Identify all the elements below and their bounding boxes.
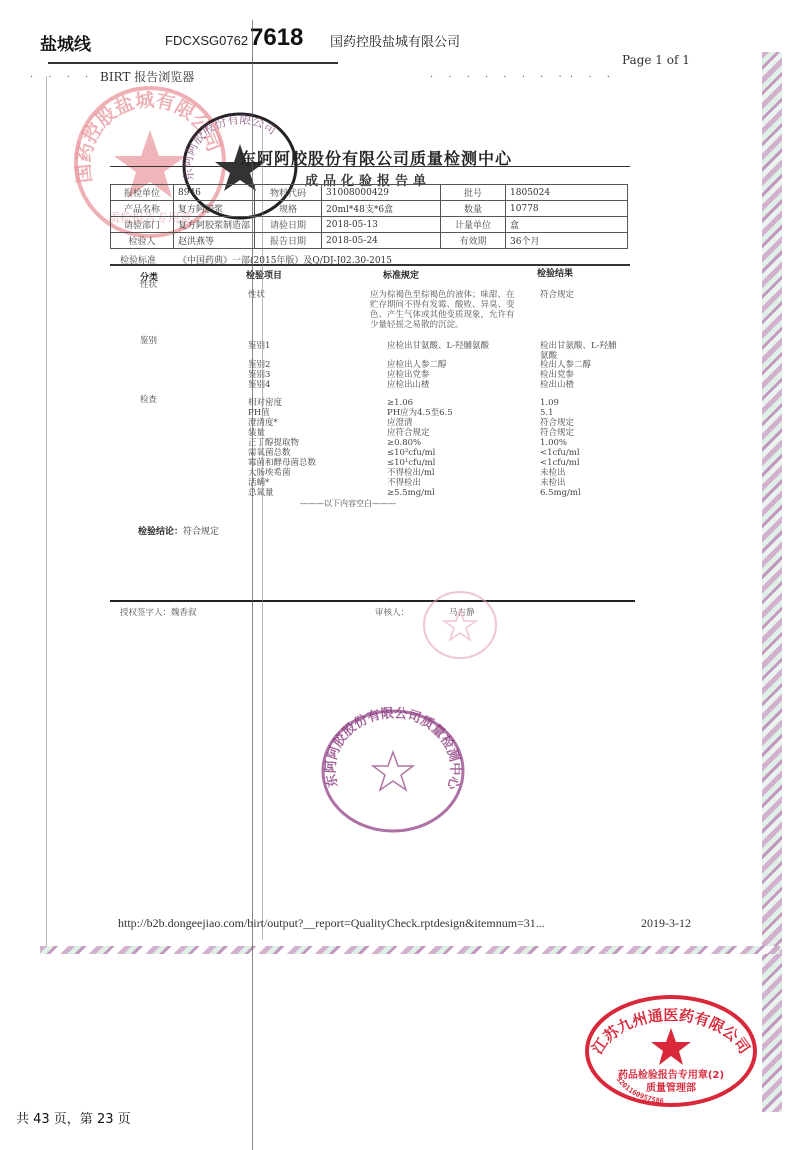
page-edge-left [46,76,47,946]
result-value: <1cfu/ml [540,448,580,458]
result-spec: 不得检出/ml [387,468,435,478]
page-indicator: Page 1 of 1 [622,53,690,67]
scan-fold-line [262,120,263,940]
result-value: 符合规定 [540,290,574,300]
info-value: 20ml*48支*6盒 [322,201,441,217]
info-value: 8946 [174,185,255,201]
result-value: 未检出 [540,468,566,478]
doc-code: FDCXSG0762 [165,33,248,48]
result-value: 1.00% [540,438,567,448]
info-label: 物料代码 [255,185,322,201]
result-value: 检出人参二醇 [540,360,591,370]
result-item: 相对密度 [248,398,282,408]
info-value: 2018-05-24 [322,233,441,249]
print-date: 2019-3-12 [641,916,691,931]
result-value: 检出甘氨酸、L-羟脯氨酸 [540,341,620,361]
result-category: 性状 [140,280,157,290]
conclusion-value: 符合规定 [183,527,219,537]
scan-noise: · · · [570,72,616,83]
result-item: 霉菌和酵母菌总数 [248,458,316,468]
info-value: 复方阿胶浆制造部 [174,217,255,233]
info-value: 复方阿胶浆 [174,201,255,217]
scan-noise: · · · · · · · · [430,72,568,83]
result-spec: 应符合规定 [387,428,430,438]
col-spec: 标准规定 [383,268,419,281]
header-company: 国药控股盐城有限公司 [330,31,460,50]
info-label: 请验部门 [111,217,174,233]
authorizer-value: 魏香叙 [171,608,197,618]
scan-edge-stripe-bottom [40,946,780,954]
result-spec: ≥0.80% [387,438,421,448]
result-spec: PH应为4.5至6.5 [387,408,453,418]
info-row: 报检单位8946物料代码31008000429批号1805024 [111,185,628,201]
result-spec: 应澄清 [387,418,413,428]
result-spec: ≤10²cfu/ml [387,448,435,458]
result-spec: 应检出山楂 [387,380,430,390]
info-value: 2018-05-13 [322,217,441,233]
info-label: 检验人 [111,233,174,249]
info-value: 赵洪燕等 [174,233,255,249]
end-marker: ———以下内容空白——— [300,498,396,509]
svg-text:质量管理部: 质量管理部 [646,1081,696,1094]
result-value: 符合规定 [540,418,574,428]
result-item: 正丁醇提取物 [248,438,299,448]
result-value: 6.5mg/ml [540,488,581,498]
result-category: 鉴别 [140,336,157,346]
info-row: 请验部门复方阿胶浆制造部请验日期2018-05-13计量单位盒 [111,217,628,233]
result-value: 检出党参 [540,370,574,380]
info-label: 报检单位 [111,185,174,201]
result-spec: 应为棕褐色至棕褐色的液体；味甜、在贮存期间不得有发霉、酸败、异臭、变色、产生气体… [370,290,520,330]
info-label: 报告日期 [255,233,322,249]
info-row: 产品名称复方阿胶浆规格20ml*48支*6盒数量10778 [111,201,628,217]
result-spec: ≥5.5mg/ml [387,488,435,498]
info-value: 1805024 [506,185,628,201]
info-label: 请验日期 [255,217,322,233]
result-spec: 应检出党参 [387,370,430,380]
stamp-reviewer-faint [420,588,500,663]
signature-rule [110,600,635,602]
col-result: 检验结果 [537,266,573,279]
stamp-bottom-right: 江苏九州通医药有限公司 药品检验报告专用章(2) 质量管理部 320116095… [582,992,760,1110]
scan-fold-line [252,20,253,1150]
svg-text:药品检验报告专用章(2): 药品检验报告专用章(2) [618,1068,724,1081]
stamp-middle: 东阿阿胶股份有限公司质量检测中心 [318,706,468,836]
info-value: 盒 [506,217,628,233]
info-value: 10778 [506,201,628,217]
info-value: 36个月 [506,233,628,249]
svg-text:东阿阿胶股份有限公司质量检测中心: 东阿阿胶股份有限公司质量检测中心 [323,706,463,792]
header-rule [48,62,338,64]
result-spec: ≤10¹cfu/ml [387,458,435,468]
result-spec: 应检出甘氨酸、L-羟脯氨酸 [387,341,489,351]
conclusion: 检验结论：符合规定 [138,524,219,537]
page-counter: 共 43 页，第 23 页 [16,1108,131,1127]
result-spec: 应检出人参二醇 [387,360,447,370]
info-label: 计量单位 [441,217,506,233]
result-item: 大肠埃希菌 [248,468,291,478]
authorizer: 授权签字人：魏香叙 [120,606,197,618]
result-value: 未检出 [540,478,566,488]
title-rule [110,166,630,167]
info-row: 检验人赵洪燕等报告日期2018-05-24有效期36个月 [111,233,628,249]
report-info-table: 报检单位8946物料代码31008000429批号1805024产品名称复方阿胶… [110,184,628,249]
info-label: 数量 [441,201,506,217]
result-value: 1.09 [540,398,559,408]
info-label: 有效期 [441,233,506,249]
result-item: 需氧菌总数 [248,448,291,458]
report-url[interactable]: http://b2b.dongeejiao.com/birt/output?__… [118,916,545,931]
result-spec: ≥1.06 [387,398,413,408]
info-label: 产品名称 [111,201,174,217]
result-value: 5.1 [540,408,554,418]
info-label: 规格 [255,201,322,217]
doc-number: 7618 [250,24,303,52]
result-value: 符合规定 [540,428,574,438]
result-value: <1cfu/ml [540,458,580,468]
info-value: 31008000429 [322,185,441,201]
info-label: 批号 [441,185,506,201]
result-spec: 不得检出 [387,478,421,488]
authorizer-label: 授权签字人： [120,608,171,618]
line-name: 盐城线 [40,30,91,55]
reviewer-label: 审核人： [375,608,409,618]
result-value: 检出山楂 [540,380,574,390]
conclusion-label: 检验结论： [138,527,183,537]
result-category: 检查 [140,395,157,405]
